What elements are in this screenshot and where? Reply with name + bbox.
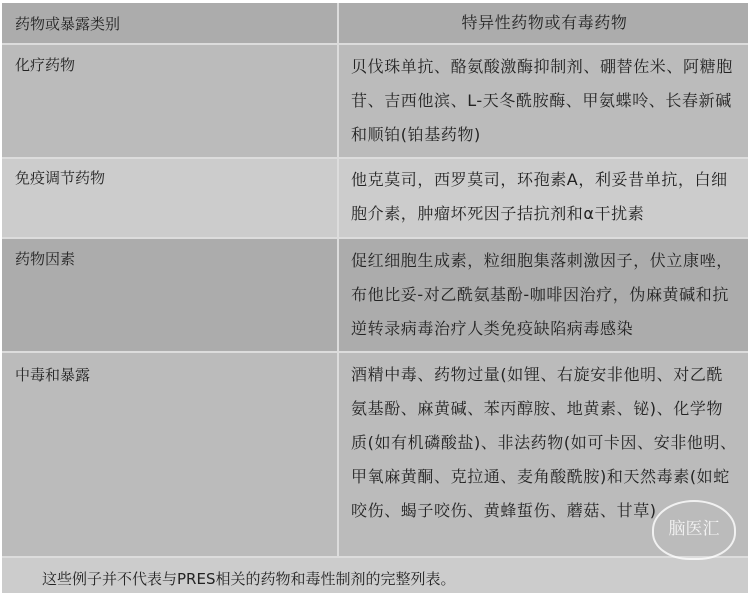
table-row: 免疫调节药物 他克莫司，西罗莫司，环孢素A，利妥昔单抗，白细胞介素，肿瘤坏死因子…	[2, 159, 748, 239]
watermark-logo: 脑医汇	[652, 500, 736, 560]
table-header-row: 药物或暴露类别 特异性药物或有毒药物	[2, 3, 748, 45]
table-footnote: 这些例子并不代表与PRES相关的药物和毒性制剂的完整列表。	[2, 558, 455, 593]
row-category: 免疫调节药物	[2, 159, 339, 237]
row-drugs: 他克莫司，西罗莫司，环孢素A，利妥昔单抗，白细胞介素，肿瘤坏死因子拮抗剂和α干扰…	[339, 159, 748, 237]
header-category: 药物或暴露类别	[2, 3, 339, 43]
row-drugs: 贝伐珠单抗、酪氨酸激酶抑制剂、硼替佐米、阿糖胞苷、吉西他滨、L-天冬酰胺酶、甲氨…	[339, 45, 748, 157]
table-row: 化疗药物 贝伐珠单抗、酪氨酸激酶抑制剂、硼替佐米、阿糖胞苷、吉西他滨、L-天冬酰…	[2, 45, 748, 159]
table-row: 药物因素 促红细胞生成素，粒细胞集落刺激因子，伏立康唑，布他比妥-对乙酰氨基酚-…	[2, 239, 748, 353]
row-category: 中毒和暴露	[2, 353, 339, 556]
row-category: 化疗药物	[2, 45, 339, 157]
table-footnote-row: 这些例子并不代表与PRES相关的药物和毒性制剂的完整列表。	[2, 558, 748, 593]
table-row: 中毒和暴露 酒精中毒、药物过量(如锂、右旋安非他明、对乙酰氨基酚、麻黄碱、苯丙醇…	[2, 353, 748, 558]
row-drugs: 促红细胞生成素，粒细胞集落刺激因子，伏立康唑，布他比妥-对乙酰氨基酚-咖啡因治疗…	[339, 239, 748, 351]
header-drugs: 特异性药物或有毒药物	[339, 3, 748, 43]
pres-drug-table: 药物或暴露类别 特异性药物或有毒药物 化疗药物 贝伐珠单抗、酪氨酸激酶抑制剂、硼…	[2, 3, 748, 593]
row-category: 药物因素	[2, 239, 339, 351]
